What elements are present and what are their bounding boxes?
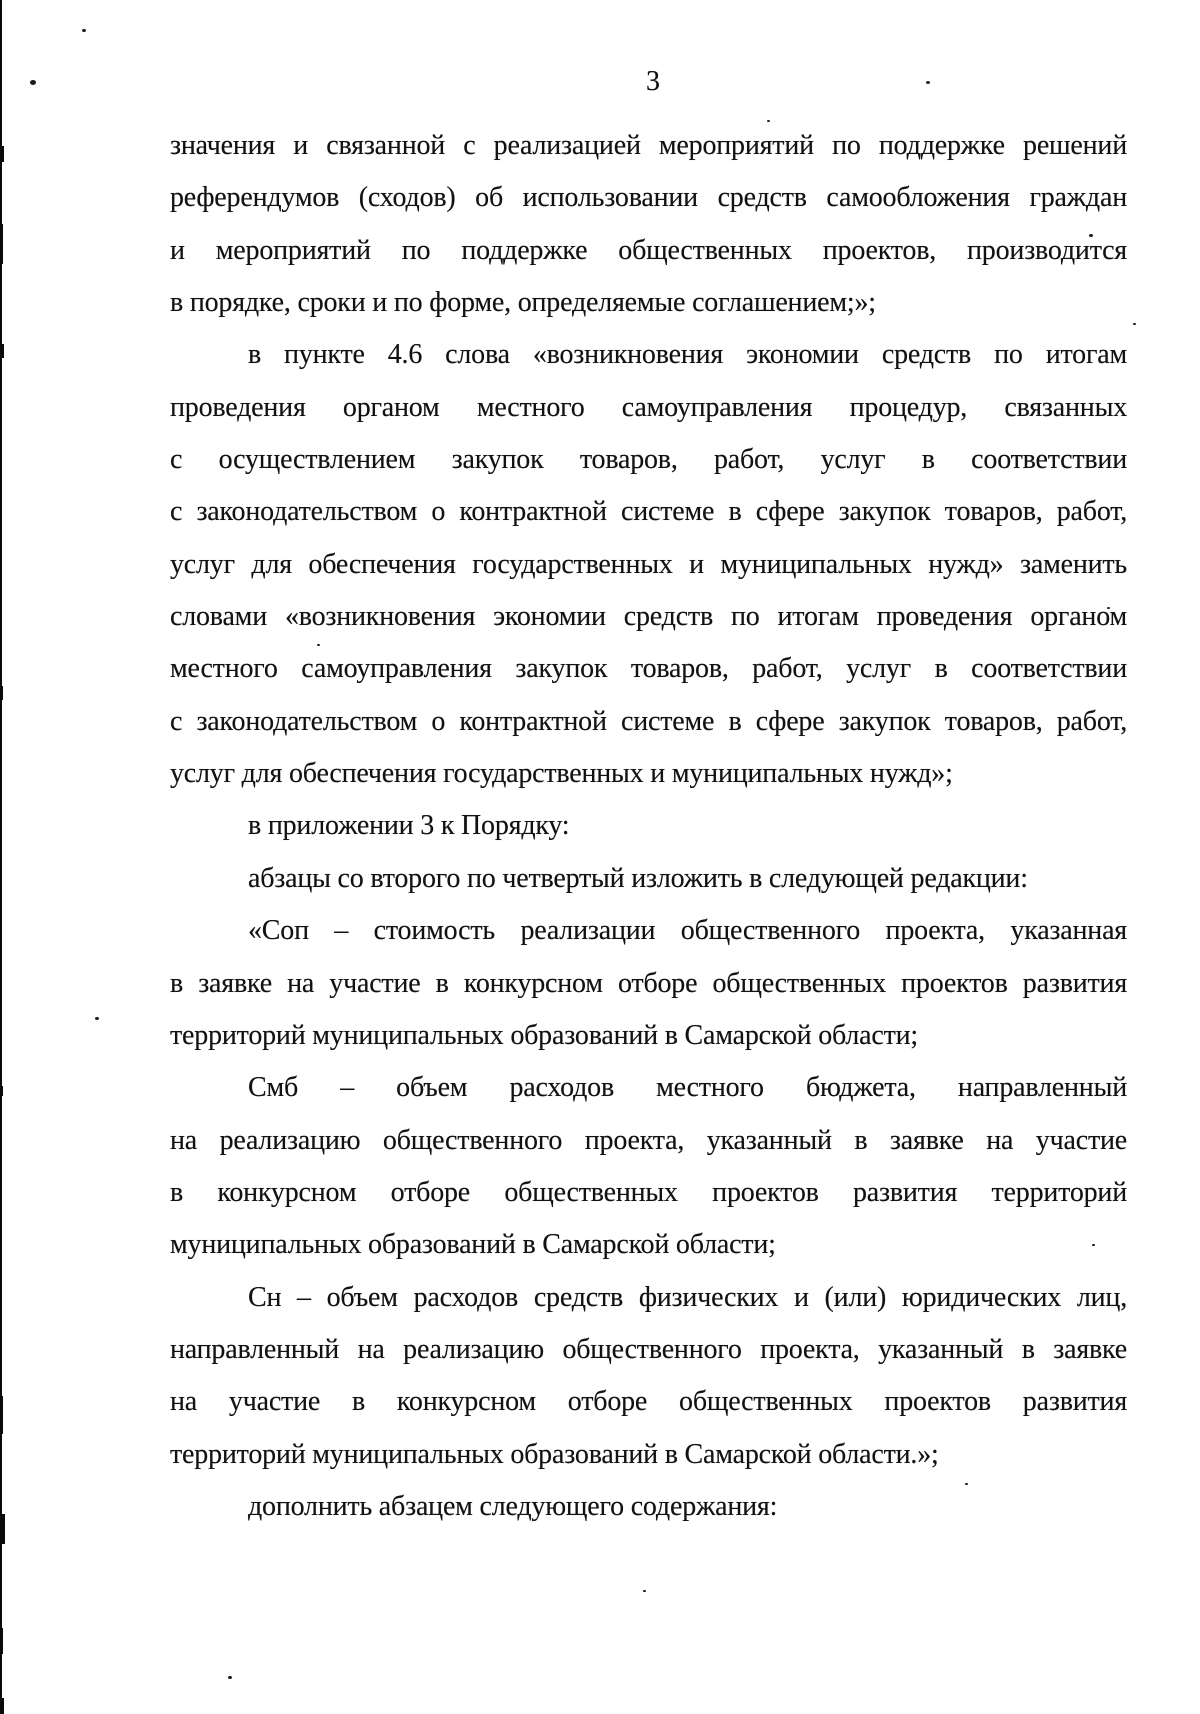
- scan-edge-tick: [0, 1628, 3, 1654]
- text-line: «Соп – стоимость реализации общественног…: [170, 905, 1127, 957]
- paragraph: Смб – объем расходов местного бюджета, н…: [170, 1062, 1127, 1271]
- scan-edge-tick: [0, 686, 3, 700]
- text-line: на реализацию общественного проекта, ука…: [170, 1115, 1127, 1167]
- scan-speck-dot: [82, 29, 86, 32]
- paragraph: в приложении 3 к Порядку:: [170, 800, 1127, 852]
- text-line: услуг для обеспечения государственных и …: [170, 748, 1127, 800]
- text-line: услуг для обеспечения государственных и …: [170, 539, 1127, 591]
- scan-edge-tick: [0, 344, 4, 358]
- text-line: значения и связанной с реализацией мероп…: [170, 120, 1127, 172]
- text-line: абзацы со второго по четвертый изложить …: [170, 853, 1127, 905]
- text-line: направленный на реализацию общественного…: [170, 1324, 1127, 1376]
- text-line: на участие в конкурсном отборе обществен…: [170, 1376, 1127, 1428]
- text-line: местного самоуправления закупок товаров,…: [170, 643, 1127, 695]
- scan-speck-dot: [30, 80, 36, 85]
- paragraph: «Соп – стоимость реализации общественног…: [170, 905, 1127, 1062]
- text-line: с законодательством о контрактной систем…: [170, 486, 1127, 538]
- text-line: и мероприятий по поддержке общественных …: [170, 225, 1127, 277]
- text-line: проведения органом местного самоуправлен…: [170, 382, 1127, 434]
- text-line: Смб – объем расходов местного бюджета, н…: [170, 1062, 1127, 1114]
- text-line: референдумов (сходов) об использовании с…: [170, 172, 1127, 224]
- text-line: территорий муниципальных образований в С…: [170, 1429, 1127, 1481]
- paragraph: абзацы со второго по четвертый изложить …: [170, 853, 1127, 905]
- scan-speck-dot: [95, 1017, 99, 1020]
- paragraph: значения и связанной с реализацией мероп…: [170, 120, 1127, 329]
- scan-edge-tick: [0, 1086, 3, 1096]
- paragraph: в пункте 4.6 слова «возникновения эконом…: [170, 329, 1127, 800]
- page-number: 3: [646, 66, 660, 98]
- paragraph: Сн – объем расходов средств физических и…: [170, 1272, 1127, 1481]
- text-line: в заявке на участие в конкурсном отборе …: [170, 958, 1127, 1010]
- scan-speck-dot: [228, 1676, 232, 1679]
- text-line: в приложении 3 к Порядку:: [170, 800, 1127, 852]
- scan-speck-dot: [643, 1590, 646, 1592]
- text-line: дополнить абзацем следующего содержания:: [170, 1481, 1127, 1533]
- scan-speck-dot: [926, 81, 930, 84]
- document-page: 3 значения и связанной с реализацией мер…: [0, 0, 1200, 1714]
- text-line: словами «возникновения экономии средств …: [170, 591, 1127, 643]
- text-line: Сн – объем расходов средств физических и…: [170, 1272, 1127, 1324]
- document-text-block: значения и связанной с реализацией мероп…: [170, 120, 1127, 1533]
- paragraph: дополнить абзацем следующего содержания:: [170, 1481, 1127, 1533]
- scan-edge-tick: [0, 1396, 3, 1434]
- text-line: территорий муниципальных образований в С…: [170, 1010, 1127, 1062]
- text-line: с законодательством о контрактной систем…: [170, 696, 1127, 748]
- text-line: в конкурсном отборе общественных проекто…: [170, 1167, 1127, 1219]
- scan-speck-dot: [1133, 323, 1136, 325]
- text-line: муниципальных образований в Самарской об…: [170, 1219, 1127, 1271]
- scan-edge-tick: [0, 1698, 4, 1714]
- text-line: с осуществлением закупок товаров, работ,…: [170, 434, 1127, 486]
- scan-edge-tick: [0, 146, 4, 162]
- text-line: в пункте 4.6 слова «возникновения эконом…: [170, 329, 1127, 381]
- text-line: в порядке, сроки и по форме, определяемы…: [170, 277, 1127, 329]
- scan-edge-tick: [0, 224, 3, 264]
- scan-edge-tick: [0, 1514, 5, 1544]
